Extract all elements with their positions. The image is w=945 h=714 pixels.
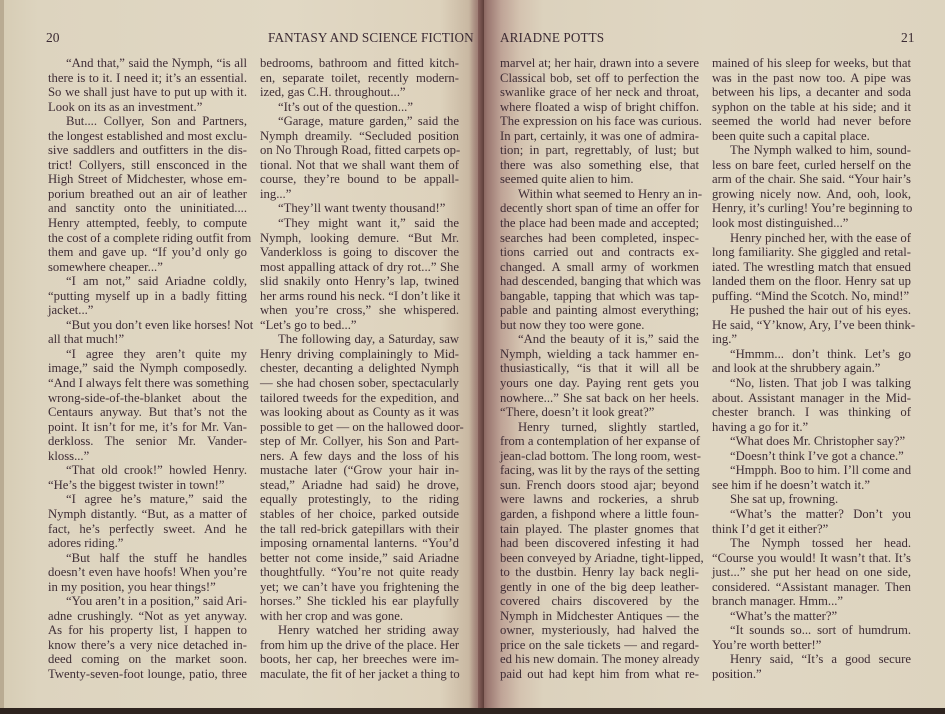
text-line: and look at the shrubbery again.” xyxy=(712,361,911,376)
text-column-right-2: mained of his sleep for weeks, but thatw… xyxy=(712,56,911,682)
text-line: swanlike grace of her neck and throat, xyxy=(500,85,699,100)
text-line: doesn’t even have hoofs! When you’re xyxy=(48,565,247,580)
text-line: thoughtfully. “You’re not quite ready xyxy=(260,565,459,580)
text-line: arm of the chair. She said. “Your hair’s xyxy=(712,172,911,187)
text-line: long familiarity. She giggled and retal- xyxy=(712,245,911,260)
text-line: The Nymph tossed her head. xyxy=(712,536,911,551)
text-line: seemed the world had never before xyxy=(712,114,911,129)
text-line: from him up the drive of the place. Her xyxy=(260,638,459,653)
text-line: mustache later (“Grow your hair in- xyxy=(260,463,459,478)
text-line: “putting myself up in a badly fitting xyxy=(48,289,247,304)
text-line: “It sounds so... sort of humdrum. xyxy=(712,623,911,638)
text-line: maculate, the fit of her jacket a thing … xyxy=(260,667,459,682)
text-line: tailored tweeds for the expedition, and xyxy=(260,391,459,406)
text-line: “And the beauty of it is,” said the xyxy=(500,332,699,347)
text-line: there is to it. I need it; it’s an essen… xyxy=(48,71,247,86)
text-line: “Hmmm... don’t think. Let’s go xyxy=(712,347,911,362)
text-line: less on bare feet, curled herself on the xyxy=(712,158,911,173)
text-line: bedrooms, bathroom and fitted kitch- xyxy=(260,56,459,71)
running-head-right: ARIADNE POTTS xyxy=(500,30,604,46)
text-line: “What’s the matter? Don’t you xyxy=(712,507,911,522)
text-line: garden, a fishpond where a little foun- xyxy=(500,507,699,522)
text-line: Nymph dreamily. “Secluded position xyxy=(260,129,459,144)
text-line: growing nicely now. And, ooh, look, xyxy=(712,187,911,202)
text-line: the place had been made and accepted; xyxy=(500,216,699,231)
text-line: stead,” Ariadne had said) he drove, xyxy=(260,478,459,493)
text-line: “What’s the matter?” xyxy=(712,609,911,624)
text-line: Twenty-seven-foot lounge, patio, three xyxy=(48,667,247,682)
text-line: but now they too were gone. xyxy=(500,318,699,333)
text-line: The Nymph walked to him, sound- xyxy=(712,143,911,158)
text-line: been quite such a capital place. xyxy=(712,129,911,144)
text-line: had descended, banging that which was xyxy=(500,274,699,289)
text-line: was in the past now too. A pipe was xyxy=(712,71,911,86)
text-line: deed coming on the market soon. xyxy=(48,652,247,667)
text-line: landed them on the floor. Henry sat up xyxy=(712,274,911,289)
text-line: better not come inside,” said Ariadne xyxy=(260,551,459,566)
text-line: Henry pinched her, with the ease of xyxy=(712,231,911,246)
text-line: “He’s the biggest twister in town!” xyxy=(48,478,247,493)
text-line: You’re worth better!” xyxy=(712,638,911,653)
text-line: pable and painting almost everything; xyxy=(500,303,699,318)
text-line: iated. The wrestling match that ensued xyxy=(712,260,911,275)
page-number-right: 21 xyxy=(901,30,915,46)
text-line: Henry driving complainingly to Mid- xyxy=(260,347,459,362)
text-line: “Hmpph. Boo to him. I’ll come and xyxy=(712,463,911,478)
text-line: — she had chosen sober, spectacularly xyxy=(260,376,459,391)
text-line: Nymph, wielding a tack hammer en- xyxy=(500,347,699,362)
right-page: ARIADNE POTTS 21 marvel at; her hair, dr… xyxy=(478,0,945,708)
text-line: all that much!” xyxy=(48,332,247,347)
text-line: from a contemplation of her expanse of xyxy=(500,434,699,449)
text-line: Nymph in Midchester Antiques — the xyxy=(500,609,699,624)
text-line: Henry attempted, feebly, to compute xyxy=(48,216,247,231)
text-line: equally protestingly, to the riding xyxy=(260,492,459,507)
text-line: “I agree they aren’t quite my xyxy=(48,347,247,362)
text-line: “But half the stuff he handles xyxy=(48,551,247,566)
text-line: He said, “Y’know, Ary, I’ve been think- xyxy=(712,318,911,333)
text-line: “They’ll want twenty thousand!” xyxy=(260,201,459,216)
text-line: “Doesn’t think I’ve got a chance.” xyxy=(712,449,911,464)
text-line: image,” said the Nymph composedly. xyxy=(48,361,247,376)
text-line: slid snakily onto Henry’s lap, twined xyxy=(260,274,459,289)
text-line: wrong-side-of-the-blanket about the xyxy=(48,391,247,406)
text-line: So we shall just have to put up with it. xyxy=(48,85,247,100)
text-line: ners. A few days and the loss of his xyxy=(260,449,459,464)
text-line: “And I always felt there was something xyxy=(48,376,247,391)
text-line: had been discovered infesting it had xyxy=(500,536,699,551)
text-line: marvel at; her hair, drawn into a severe xyxy=(500,56,699,71)
text-line: “It’s out of the question...” xyxy=(260,100,459,115)
text-line: yet; we can’t have you frightening the xyxy=(260,580,459,595)
text-line: look most distinguished...” xyxy=(712,216,911,231)
text-line: sive saddlers and outfitters in the dis- xyxy=(48,143,247,158)
text-line: “What does Mr. Christopher say?” xyxy=(712,434,911,449)
text-line: been conveyed by Ariadne, tight-lipped, xyxy=(500,551,699,566)
text-line: stables of her choice, parked outside xyxy=(260,507,459,522)
text-line: price on the sale tickets — and regard- xyxy=(500,638,699,653)
text-line: “And that,” said the Nymph, “is all xyxy=(48,56,247,71)
text-line: “Garage, mature garden,” said the xyxy=(260,114,459,129)
text-line: think I’d get it either?” xyxy=(712,522,911,537)
text-line: “I agree he’s mature,” said the xyxy=(48,492,247,507)
text-line: “But you don’t even like horses! Not xyxy=(48,318,247,333)
text-line: having a go for it.” xyxy=(712,420,911,435)
text-line: “You aren’t in a position,” said Ari- xyxy=(48,594,247,609)
text-line: the tall red-brick gatepillars with thei… xyxy=(260,522,459,537)
text-line: boots, her cap, her breeches were im- xyxy=(260,652,459,667)
text-line: mained of his sleep for weeks, but that xyxy=(712,56,911,71)
text-line: the cost of a complete riding outfit fro… xyxy=(48,231,247,246)
text-line: Henry turned, slightly startled, xyxy=(500,420,699,435)
text-line: covered chairs discovered by the xyxy=(500,594,699,609)
text-line: were lawns and rockeries, a shrub xyxy=(500,492,699,507)
text-line: jacket...” xyxy=(48,303,247,318)
text-line: searches had been completed, inspec- xyxy=(500,231,699,246)
text-line: fact, he’s perfectly sweet. And he xyxy=(48,522,247,537)
text-line: know there’s a very nice detached in- xyxy=(48,638,247,653)
text-line: puffing. “Mind the Scotch. No, mind!” xyxy=(712,289,911,304)
text-line: where floated a wisp of bright chiffon. xyxy=(500,100,699,115)
text-line: gently in one of the big deep leather- xyxy=(500,580,699,595)
text-line: “They might want it,” said the xyxy=(260,216,459,231)
text-line: trict! Collyers, still ensconced in the xyxy=(48,158,247,173)
text-line: chester branch. I was thinking of xyxy=(712,405,911,420)
text-line: Nymph distantly. “But, as a matter of xyxy=(48,507,247,522)
text-line: porium breathed out an air of leather xyxy=(48,187,247,202)
text-line: tions carried out and contracts ex- xyxy=(500,245,699,260)
text-line: with her crop and was gone. xyxy=(260,609,459,624)
text-line: in my position, you hear things!” xyxy=(48,580,247,595)
text-line: thusiastically, “is that it will all be xyxy=(500,361,699,376)
left-page: 20 FANTASY AND SCIENCE FICTION “And that… xyxy=(0,0,478,708)
text-line: most appalling attack of dry rot...” She xyxy=(260,260,459,275)
text-line: horses.” She tickled his ear playfully xyxy=(260,594,459,609)
text-line: course, they’re bound to be appall- xyxy=(260,172,459,187)
text-line: on No Through Road, fitted carpets op- xyxy=(260,143,459,158)
text-line: Look on its as an investment.” xyxy=(48,100,247,115)
text-column-left-2: bedrooms, bathroom and fitted kitch-en, … xyxy=(260,56,459,682)
text-line: when you’re cross,” she whispered. xyxy=(260,303,459,318)
text-line: Nymph, looking demure. “But Mr. xyxy=(260,231,459,246)
text-line: tional. Not that we shall want them of xyxy=(260,158,459,173)
text-line: But.... Collyer, Son and Partners, xyxy=(48,114,247,129)
text-line: Within what seemed to Henry an in- xyxy=(500,187,699,202)
text-line: Henry watched her striding away xyxy=(260,623,459,638)
text-column-left-1: “And that,” said the Nymph, “is allthere… xyxy=(48,56,247,682)
text-line: ing.” xyxy=(712,332,911,347)
text-column-right-1: marvel at; her hair, drawn into a severe… xyxy=(500,56,699,682)
text-line: jean-clad bottom. The long room, west- xyxy=(500,449,699,464)
text-line: possible to get — on the hallowed door- xyxy=(260,420,459,435)
text-line: In part, certainly, it was one of admira… xyxy=(500,129,699,144)
text-line: imposing ornamental lanterns. “You’d xyxy=(260,536,459,551)
text-line: kloss...” xyxy=(48,449,247,464)
text-line: owner, mysteriously, had halved the xyxy=(500,623,699,638)
text-line: somewhere cheaper...” xyxy=(48,260,247,275)
text-line: nowhere...” She sat back on her heels. xyxy=(500,391,699,406)
text-line: her arms round his neck. “I don’t like i… xyxy=(260,289,459,304)
text-line: chester, decanting a delighted Nymph xyxy=(260,361,459,376)
text-line: step of Mr. Collyer, his Son and Part- xyxy=(260,434,459,449)
text-line: The expression on his face was curious. xyxy=(500,114,699,129)
text-line: Vanderkloss is going to discover the xyxy=(260,245,459,260)
page-edge xyxy=(0,0,4,708)
text-line: “That old crook!” howled Henry. xyxy=(48,463,247,478)
text-line: adores riding.” xyxy=(48,536,247,551)
text-line: tain played. The plaster gnomes that xyxy=(500,522,699,537)
text-line: Henry said, “It’s a good secure xyxy=(712,652,911,667)
text-line: ized, gas C.H. throughout...” xyxy=(260,85,459,100)
text-line: Centaurs anyway. But that’s not the xyxy=(48,405,247,420)
text-line: High Street of Midchester, whose em- xyxy=(48,172,247,187)
text-line: and sanctity onto the uninitiated.... xyxy=(48,201,247,216)
text-line: yours one day. Paying rent gets you xyxy=(500,376,699,391)
text-line: Henry, it’s curling! You’re beginning to xyxy=(712,201,911,216)
text-line: there was also something else, that xyxy=(500,158,699,173)
table-surface xyxy=(0,708,945,714)
text-line: see him if he doesn’t watch it.” xyxy=(712,478,911,493)
text-line: “I am not,” said Ariadne coldly, xyxy=(48,274,247,289)
book-gutter xyxy=(470,0,484,708)
text-line: branch manager. Hmm...” xyxy=(712,594,911,609)
text-line: He pushed the hair out of his eyes. xyxy=(712,303,911,318)
text-line: “Let’s go to bed...” xyxy=(260,318,459,333)
page-number-left: 20 xyxy=(46,30,60,46)
text-line: ing...” xyxy=(260,187,459,202)
text-line: bangable, tapping that which was tap- xyxy=(500,289,699,304)
text-line: position.” xyxy=(712,667,911,682)
text-line: “Course you would! It wasn’t that. It’s xyxy=(712,551,911,566)
text-line: Classical bob, set off to perfection the xyxy=(500,71,699,86)
text-line: to the dustbin. Henry lay back negli- xyxy=(500,565,699,580)
text-line: just...” she put her head on one side, xyxy=(712,565,911,580)
text-line: tion; in part, regrettably, of lust; but xyxy=(500,143,699,158)
text-line: between his lips, a decanter and soda xyxy=(712,85,911,100)
text-line: the longest established and most exclu- xyxy=(48,129,247,144)
text-line: facing, was lit by the rays of the setti… xyxy=(500,463,699,478)
text-line: about. Assistant manager in the Mid- xyxy=(712,391,911,406)
text-line: As for his property list, I happen to xyxy=(48,623,247,638)
running-head-left: FANTASY AND SCIENCE FICTION xyxy=(268,30,474,46)
text-line: point. It isn’t for me, it’s for Mr. Van… xyxy=(48,420,247,435)
text-line: paid out had kept him from what re- xyxy=(500,667,699,682)
text-line: them and gave up. “If you’d only go xyxy=(48,245,247,260)
text-line: changed. A small army of workmen xyxy=(500,260,699,275)
text-line: She sat up, frowning. xyxy=(712,492,911,507)
text-line: seemed quite alien to him. xyxy=(500,172,699,187)
text-line: considered. “Assistant manager. Then xyxy=(712,580,911,595)
text-line: adne crushingly. “Not as yet anyway. xyxy=(48,609,247,624)
text-line: derkloss. The senior Mr. Vander- xyxy=(48,434,247,449)
text-line: sun. French doors stood ajar; beyond xyxy=(500,478,699,493)
text-line: en, separate toilet, recently modern- xyxy=(260,71,459,86)
text-line: decently short span of time an offer for xyxy=(500,201,699,216)
text-line: “No, listen. That job I was talking xyxy=(712,376,911,391)
text-line: was looking about as County as it was xyxy=(260,405,459,420)
text-line: “There, doesn’t it look great?” xyxy=(500,405,699,420)
text-line: ed his new domain. The money already xyxy=(500,652,699,667)
text-line: syphon on the table at his side; and it xyxy=(712,100,911,115)
book-spread: 20 FANTASY AND SCIENCE FICTION “And that… xyxy=(0,0,945,708)
text-line: The following day, a Saturday, saw xyxy=(260,332,459,347)
